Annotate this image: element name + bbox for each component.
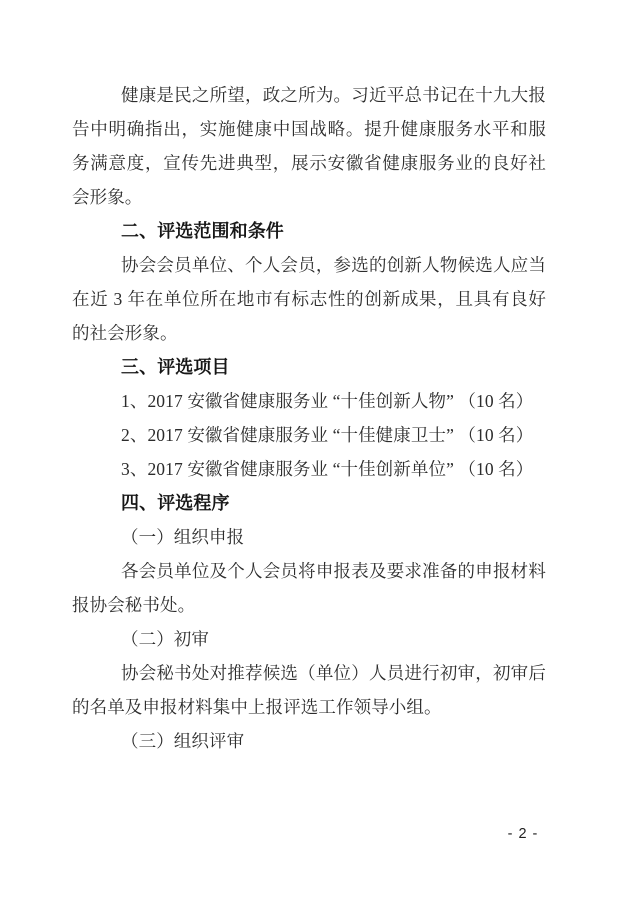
paragraph: （一）组织申报 [72, 520, 546, 554]
paragraph: （三）组织评审 [72, 724, 546, 758]
paragraph: 协会会员单位、个人会员，参选的创新人物候选人应当在近 3 年在单位所在地市有标志… [72, 248, 546, 350]
document-body: 健康是民之所望，政之所为。习近平总书记在十九大报告中明确指出，实施健康中国战略。… [72, 78, 546, 758]
paragraph: 1、2017 安徽省健康服务业 “十佳创新人物” （10 名） [72, 384, 546, 418]
page-number: - 2 - [498, 826, 548, 842]
paragraph: 各会员单位及个人会员将申报表及要求准备的申报材料报协会秘书处。 [72, 554, 546, 622]
paragraph: （二）初审 [72, 622, 546, 656]
section-heading: 四、评选程序 [72, 486, 546, 520]
paragraph: 协会秘书处对推荐候选（单位）人员进行初审，初审后的名单及申报材料集中上报评选工作… [72, 656, 546, 724]
document-page: 健康是民之所望，政之所为。习近平总书记在十九大报告中明确指出，实施健康中国战略。… [0, 0, 639, 906]
section-heading: 三、评选项目 [72, 350, 546, 384]
paragraph: 2、2017 安徽省健康服务业 “十佳健康卫士” （10 名） [72, 418, 546, 452]
paragraph: 3、2017 安徽省健康服务业 “十佳创新单位” （10 名） [72, 452, 546, 486]
paragraph: 健康是民之所望，政之所为。习近平总书记在十九大报告中明确指出，实施健康中国战略。… [72, 78, 546, 214]
section-heading: 二、评选范围和条件 [72, 214, 546, 248]
